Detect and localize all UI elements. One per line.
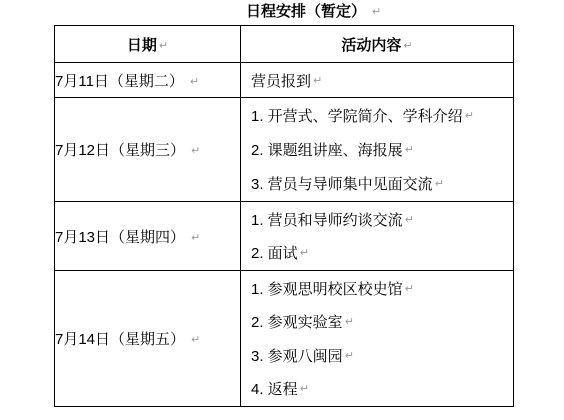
activity-line: 3. 参观八闽园↵ (241, 339, 513, 373)
activity-line: 营员报到↵ (241, 64, 513, 97)
activity-cell[interactable]: 1. 营员和导师约谈交流↵ 2. 面试↵ (241, 202, 514, 271)
activity-line: 1. 开营式、学院简介、学科介绍↵ (241, 99, 513, 133)
paragraph-mark-icon: ↵ (405, 213, 414, 226)
paragraph-mark-icon: ↵ (191, 145, 200, 157)
date-text: 7月13日（星期四） (55, 229, 185, 246)
document-page: { "title": { "text": "日程安排（暂定）" }, "mark… (0, 0, 564, 420)
date-text: 7月14日（星期五） (55, 331, 185, 348)
activity-text: 1. 开营式、学院简介、学科介绍 (251, 105, 463, 126)
activity-cell[interactable]: 营员报到↵ (241, 63, 514, 98)
paragraph-mark-icon: ↵ (191, 232, 200, 244)
activity-text: 3. 营员与导师集中见面交流 (251, 173, 433, 194)
paragraph-mark-icon: ↵ (191, 334, 200, 346)
date-text: 7月11日（星期二） (55, 73, 184, 90)
page-title: 日程安排（暂定）↵ (246, 2, 381, 22)
table-row: 7月12日（星期三）↵ 1. 开营式、学院简介、学科介绍↵ 2. 课题组讲座、海… (55, 98, 514, 202)
paragraph-mark-icon: ↵ (345, 315, 354, 328)
activity-line: 1. 营员和导师约谈交流↵ (241, 203, 513, 237)
paragraph-mark-icon: ↵ (372, 6, 381, 18)
paragraph-mark-icon: ↵ (313, 74, 322, 87)
paragraph-mark-icon: ↵ (405, 143, 414, 156)
activity-line: 2. 参观实验室↵ (241, 305, 513, 339)
activity-text: 2. 课题组讲座、海报展 (251, 139, 403, 160)
activity-text: 营员报到 (251, 70, 311, 91)
activity-text: 1. 营员和导师约谈交流 (251, 209, 403, 230)
paragraph-mark-icon: ↵ (300, 382, 309, 395)
activity-line: 1. 参观思明校区校史馆↵ (241, 272, 513, 306)
activity-cell[interactable]: 1. 参观思明校区校史馆↵ 2. 参观实验室↵ 3. 参观八闽园↵ 4. 返程↵ (241, 271, 514, 407)
date-cell[interactable]: 7月12日（星期三）↵ (55, 98, 241, 202)
schedule-table: 日期↵ 活动内容↵ 7月11日（星期二）↵ 营员报到↵ 7月12日（星期三）↵ … (54, 25, 514, 407)
activity-text: 2. 面试 (251, 242, 298, 263)
table-row: 7月11日（星期二）↵ 营员报到↵ (55, 63, 514, 98)
header-activity-label: 活动内容 (341, 37, 401, 54)
paragraph-mark-icon: ↵ (435, 177, 444, 190)
paragraph-mark-icon: ↵ (403, 40, 412, 52)
date-cell[interactable]: 7月14日（星期五）↵ (55, 271, 241, 407)
table-header-row: 日期↵ 活动内容↵ (55, 26, 514, 63)
paragraph-mark-icon: ↵ (159, 40, 168, 52)
paragraph-mark-icon: ↵ (300, 246, 309, 259)
paragraph-mark-icon: ↵ (405, 282, 414, 295)
page-title-text: 日程安排（暂定） (246, 3, 366, 20)
activity-text: 3. 参观八闽园 (251, 345, 343, 366)
date-text: 7月12日（星期三） (55, 142, 185, 159)
date-cell[interactable]: 7月11日（星期二）↵ (55, 63, 241, 98)
date-cell[interactable]: 7月13日（星期四）↵ (55, 202, 241, 271)
paragraph-mark-icon: ↵ (465, 109, 474, 122)
activity-text: 1. 参观思明校区校史馆 (251, 278, 403, 299)
activity-line: 2. 面试↵ (241, 236, 513, 270)
header-cell-activity[interactable]: 活动内容↵ (241, 26, 514, 63)
paragraph-mark-icon: ↵ (345, 349, 354, 362)
activity-cell[interactable]: 1. 开营式、学院简介、学科介绍↵ 2. 课题组讲座、海报展↵ 3. 营员与导师… (241, 98, 514, 202)
activity-text: 2. 参观实验室 (251, 311, 343, 332)
table-row: 7月13日（星期四）↵ 1. 营员和导师约谈交流↵ 2. 面试↵ (55, 202, 514, 271)
paragraph-mark-icon: ↵ (190, 76, 199, 88)
table-row: 7月14日（星期五）↵ 1. 参观思明校区校史馆↵ 2. 参观实验室↵ 3. 参… (55, 271, 514, 407)
activity-text: 4. 返程 (251, 378, 298, 399)
activity-line: 4. 返程↵ (241, 372, 513, 406)
header-date-label: 日期 (127, 37, 157, 54)
header-cell-date[interactable]: 日期↵ (55, 26, 241, 63)
activity-line: 2. 课题组讲座、海报展↵ (241, 133, 513, 167)
activity-line: 3. 营员与导师集中见面交流↵ (241, 167, 513, 201)
